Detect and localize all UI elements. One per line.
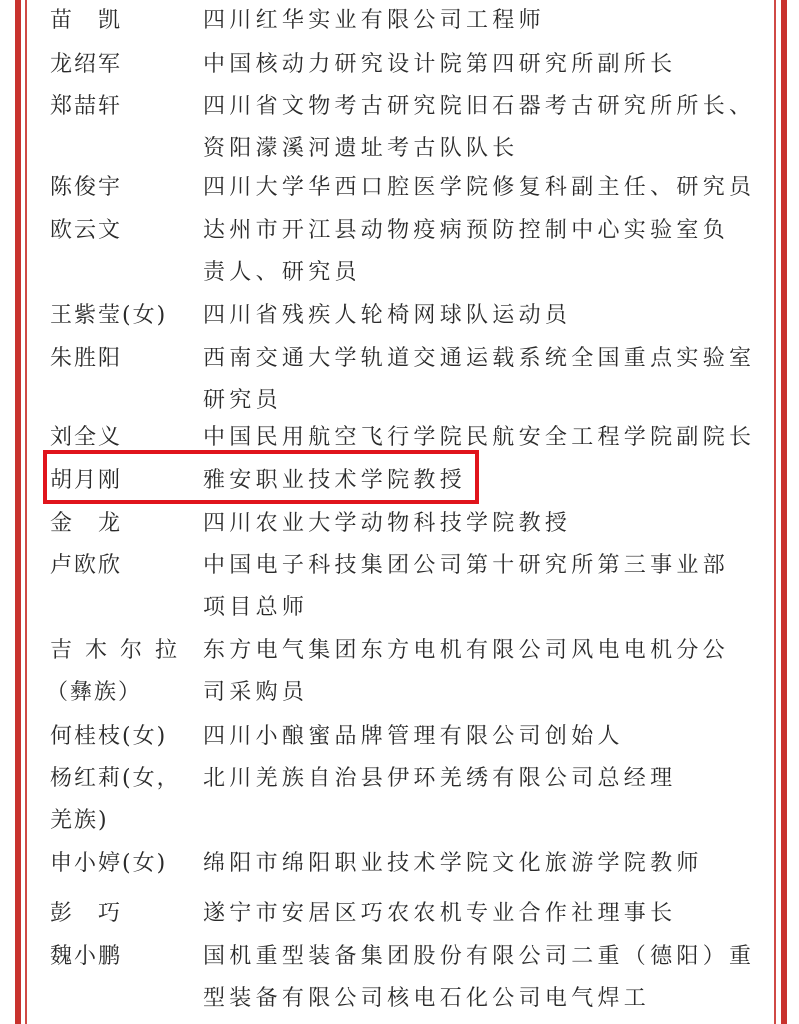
- person-ethnicity: （彝族）: [46, 672, 196, 714]
- page-border-left-thin: [25, 0, 27, 1024]
- person-title: 四川省文物考古研究院旧石器考古研究所所长、资阳濛溪河遗址考古队队长: [203, 86, 763, 170]
- person-name: 欧云文: [50, 210, 200, 252]
- person-title: 国机重型装备集团股份有限公司二重（德阳）重型装备有限公司核电石化公司电气焊工: [203, 936, 763, 1020]
- person-title: 四川红华实业有限公司工程师: [203, 0, 763, 42]
- person-name: 苗 凯: [50, 0, 200, 42]
- person-title: 四川大学华西口腔医学院修复科副主任、研究员: [203, 167, 763, 209]
- person-name: 何桂枝(女): [50, 716, 200, 758]
- person-name: 申小婷(女): [50, 843, 200, 885]
- person-name: 陈俊宇: [50, 167, 200, 209]
- person-title: 中国电子科技集团公司第十研究所第三事业部项目总师: [203, 545, 763, 629]
- page-border-left-thick: [15, 0, 21, 1024]
- person-name: 朱胜阳: [50, 338, 200, 380]
- person-name: 卢欧欣: [50, 545, 200, 587]
- person-name: 王紫莹(女): [50, 295, 200, 337]
- person-title: 东方电气集团东方电机有限公司风电电机分公司采购员: [203, 630, 763, 714]
- page-border-right-thick: [781, 0, 787, 1024]
- person-title: 西南交通大学轨道交通运载系统全国重点实验室研究员: [203, 338, 763, 422]
- person-title: 遂宁市安居区巧农农机专业合作社理事长: [203, 893, 763, 935]
- person-title: 四川省残疾人轮椅网球队运动员: [203, 295, 763, 337]
- person-title: 达州市开江县动物疫病预防控制中心实验室负责人、研究员: [203, 210, 763, 294]
- person-title: 北川羌族自治县伊环羌绣有限公司总经理: [203, 758, 763, 800]
- person-name: 金 龙: [50, 503, 200, 545]
- person-name: 吉木尔拉: [50, 630, 200, 672]
- person-name: 郑喆轩: [50, 86, 200, 128]
- person-title: 中国核动力研究设计院第四研究所副所长: [203, 44, 763, 86]
- person-name: 魏小鹏: [50, 936, 200, 978]
- person-title: 绵阳市绵阳职业技术学院文化旅游学院教师: [203, 843, 763, 885]
- person-title: 四川小酿蜜品牌管理有限公司创始人: [203, 716, 763, 758]
- person-name: 杨红莉(女，: [50, 758, 200, 800]
- person-ethnicity: 羌族): [50, 800, 200, 842]
- person-name: 彭 巧: [50, 893, 200, 935]
- page-border-right-thin: [774, 0, 776, 1024]
- person-title: 四川农业大学动物科技学院教授: [203, 503, 763, 545]
- highlight-box: [43, 450, 479, 504]
- person-name: 龙绍军: [50, 44, 200, 86]
